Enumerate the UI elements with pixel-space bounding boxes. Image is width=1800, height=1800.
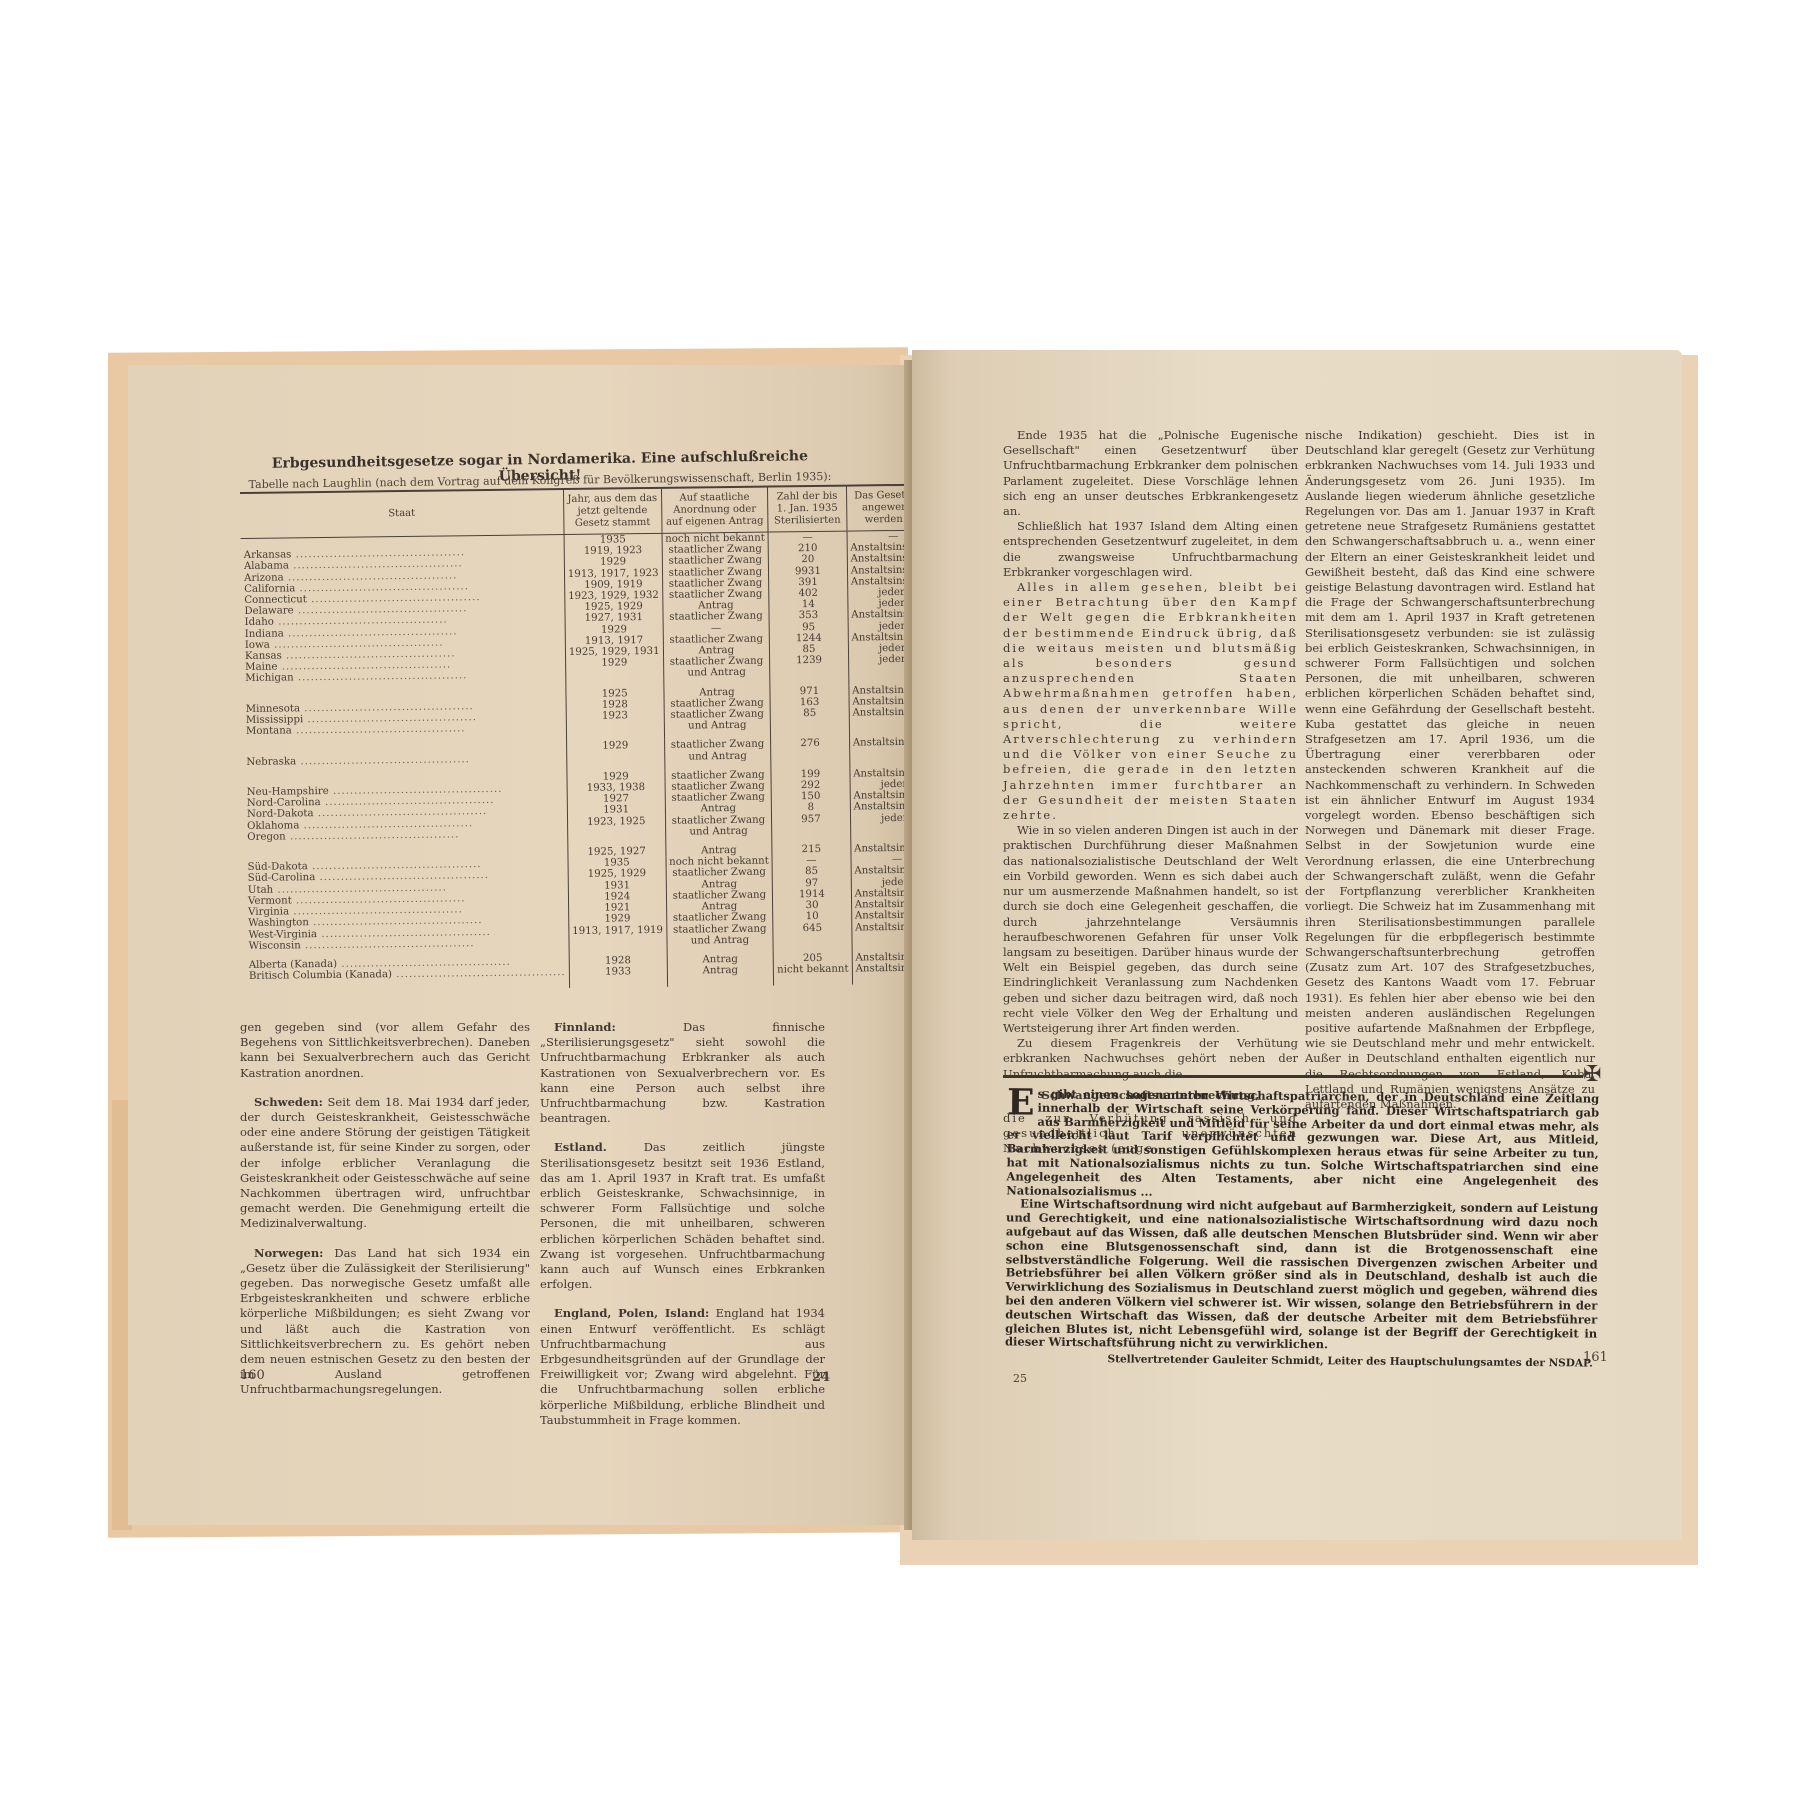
cell-count: — <box>772 855 851 867</box>
cell-count: 97 <box>772 877 851 889</box>
cell-count <box>773 933 852 945</box>
sterilization-laws-table: Staat Jahr, aus dem das jetzt geltende G… <box>240 483 945 992</box>
cell-count: 353 <box>769 610 848 622</box>
cell-count <box>771 719 850 731</box>
header-state: Staat <box>240 489 564 538</box>
header-count: Zahl der bis 1. Jan. 1935 Sterilisierten <box>768 486 847 532</box>
cell-mode: staatlicher Zwang <box>663 633 770 646</box>
cell-count: 971 <box>770 685 849 697</box>
cell-count: 645 <box>773 922 852 934</box>
paragraph-lead: Schweden: <box>254 1095 323 1109</box>
cell-count: 20 <box>769 554 848 566</box>
cell-count <box>770 666 849 678</box>
cell-count: 163 <box>770 696 849 708</box>
cell-year: 1923, 1929, 1932 <box>565 590 663 602</box>
paragraph-body: England hat 1934 einen Entwurf veröffent… <box>540 1306 825 1426</box>
cell-count: 215 <box>772 844 851 856</box>
cell-mode: staatlicher Zwang <box>663 611 770 624</box>
paragraph: Ende 1935 hat die „Polnische Eugenische … <box>1003 428 1298 519</box>
cell-year: 1913, 1917, 1923 <box>564 567 662 579</box>
cell-mode: staatlicher Zwang <box>666 889 773 902</box>
cell-year: 1933 <box>569 966 667 988</box>
paragraph-lead: Estland. <box>554 1140 607 1154</box>
open-booklet: Erbgesundheitsgesetze sogar in Nordameri… <box>0 0 1800 1800</box>
cell-count <box>772 824 851 836</box>
paragraph: gen gegeben sind (vor allem Gefahr des B… <box>240 1020 530 1081</box>
right-page-column-2: nische Indikation) geschieht. Dies ist i… <box>1305 428 1595 1112</box>
cell-count: 210 <box>768 543 847 555</box>
paragraph: Wie in so vielen anderen Dingen ist auch… <box>1003 823 1298 1036</box>
cell-count: 85 <box>770 708 849 720</box>
paragraph-lead: Norwegen: <box>254 1246 323 1260</box>
section-divider <box>1003 1075 1583 1078</box>
cell-mode: staatlicher Zwang <box>666 923 773 936</box>
cell-mode: Antrag <box>667 965 774 988</box>
header-mode: Auf staatliche Anordnung oder auf eigene… <box>661 487 768 534</box>
dropcap: E <box>1007 1087 1035 1117</box>
cell-count: 205 <box>773 952 852 964</box>
paragraph-lead: Finnland: <box>554 1020 616 1034</box>
page-number-24: 24 <box>812 1370 830 1385</box>
cell-count: — <box>768 531 847 544</box>
cell-count: 276 <box>771 738 850 750</box>
cell-count: 1914 <box>773 888 852 900</box>
cell-year: 1913, 1917, 1919 <box>569 924 667 936</box>
paragraph: Schließlich hat 1937 Island dem Alting e… <box>1003 519 1298 580</box>
cell-mode: staatlicher Zwang <box>663 656 770 669</box>
paragraph-emphasis: Alles in allem gesehen, bleibt bei einer… <box>1003 580 1298 823</box>
table-body: 1935noch nicht bekannt——Arkansas1919, 19… <box>241 530 945 992</box>
end-mark-icon: ✠ <box>1583 1062 1601 1087</box>
cell-mode: staatlicher Zwang <box>665 792 772 805</box>
paragraph-body: Seit dem 18. Mai 1934 darf jeder, der du… <box>240 1095 530 1231</box>
cell-mode: staatlicher Zwang <box>666 867 773 880</box>
cell-mode: staatlicher Zwang <box>662 555 769 568</box>
quote-paragraph: Eine Wirtschaftsordnung wird nicht aufge… <box>1005 1198 1598 1355</box>
cell-mode: staatlicher Zwang <box>662 589 769 602</box>
paragraph-estonia: Estland. Das zeitlich jüngste Sterilisat… <box>540 1140 825 1292</box>
page-number-25: 25 <box>1013 1372 1027 1385</box>
page-number-161: 161 <box>1583 1350 1608 1365</box>
cell-mode: staatlicher Zwang <box>664 739 771 752</box>
cell-year: 1925, 1929, 1931 <box>565 646 663 658</box>
paragraph-body: Das finnische „Sterilisierungsgesetz" si… <box>540 1020 825 1125</box>
paragraph-body: Das zeitlich jüngste Sterilisationsgeset… <box>540 1140 825 1291</box>
quotation-block: Es gibt einen sogenannten Wirtschaftspat… <box>1005 1087 1599 1371</box>
cell-count: 9931 <box>769 565 848 577</box>
cell-mode: staatlicher Zwang <box>665 814 772 827</box>
cell-count: 85 <box>770 644 849 656</box>
header-year: Jahr, aus dem das jetzt geltende Gesetz … <box>563 488 661 535</box>
cell-count: 10 <box>773 911 852 923</box>
quote-text: s gibt einen sogenannten Wirtschaftspatr… <box>1006 1087 1599 1199</box>
cell-count: nicht bekannt <box>774 964 853 986</box>
cell-count <box>771 749 850 761</box>
paragraph-sweden: Schweden: Seit dem 18. Mai 1934 darf jed… <box>240 1095 530 1232</box>
page-number-160: 160 <box>240 1368 265 1383</box>
paragraph-body: Das Land hat sich 1934 ein „Gesetz über … <box>240 1246 530 1397</box>
left-page-column-1: gen gegeben sind (vor allem Gefahr des B… <box>240 1020 530 1398</box>
right-page-column-1: Ende 1935 hat die „Polnische Eugenische … <box>1003 428 1298 1157</box>
cell-count: 1244 <box>770 632 849 644</box>
quote-paragraph: Es gibt einen sogenannten Wirtschaftspat… <box>1006 1087 1599 1203</box>
paragraph-lead: England, Polen, Island: <box>554 1306 709 1320</box>
cell-count: 1239 <box>770 655 849 667</box>
paragraph-england: England, Polen, Island: England hat 1934… <box>540 1306 825 1428</box>
cell-count: 30 <box>773 900 852 912</box>
cell-count: 95 <box>769 621 848 633</box>
paragraph: nische Indikation) geschieht. Dies ist i… <box>1305 428 1595 1112</box>
cell-count: 199 <box>771 768 850 780</box>
paragraph-finland: Finnland: Das finnische „Sterilisierungs… <box>540 1020 825 1126</box>
cell-state: Britisch Columbia (Kanada) <box>246 967 570 992</box>
left-page-column-2: Finnland: Das finnische „Sterilisierungs… <box>540 1020 825 1428</box>
cell-count: 85 <box>772 866 851 878</box>
cell-count: 292 <box>771 780 850 792</box>
cell-mode: staatlicher Zwang <box>664 709 771 722</box>
paragraph-norway: Norwegen: Das Land hat sich 1934 ein „Ge… <box>240 1246 530 1398</box>
cell-mode: staatlicher Zwang <box>666 912 773 925</box>
